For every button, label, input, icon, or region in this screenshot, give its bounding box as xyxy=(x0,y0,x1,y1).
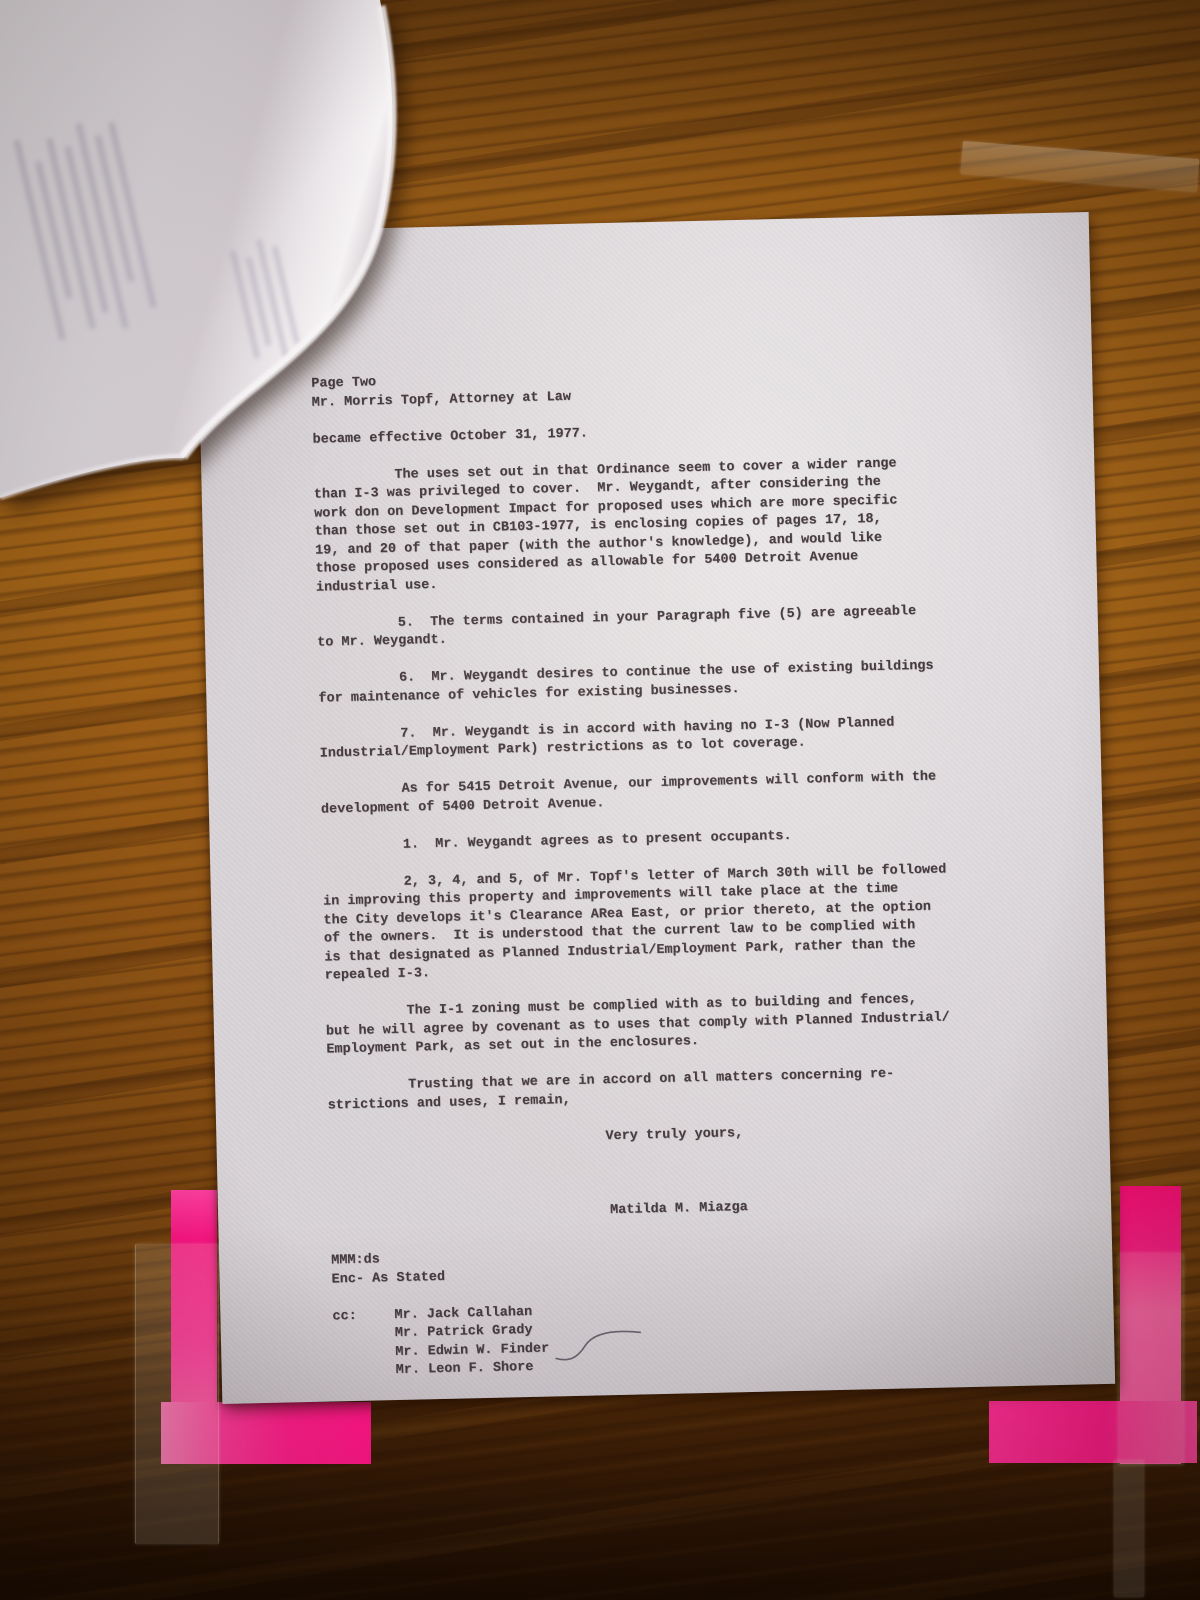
letter-body-paragraph: 6. Mr. Weygandt desires to continue the … xyxy=(318,656,1012,709)
letter-signature: Matilda M. Miazga xyxy=(330,1192,1023,1226)
letter-body-paragraph: Trusting that we are in accord on all ma… xyxy=(327,1063,1021,1116)
letter-body-paragraph: 2, 3, 4, and 5, of Mr. Topf's letter of … xyxy=(322,859,1017,986)
clear-tape-strip-bottom-right xyxy=(1118,1253,1184,1465)
letter-closing: Very truly yours, xyxy=(328,1118,1021,1152)
cc-block: cc: Mr. Jack Callahan Mr. Patrick Grady … xyxy=(332,1292,1027,1382)
letter-body-paragraph: The I-1 zoning must be complied with as … xyxy=(325,989,1019,1060)
clear-tape-strip-bottom-right-lower xyxy=(1114,1460,1144,1597)
letter-body-paragraph: 5. The terms contained in your Paragraph… xyxy=(317,600,1011,653)
cc-name: Mr. Leon F. Shore xyxy=(396,1359,550,1381)
reference-block: MMM:ds Enc- As Stated xyxy=(331,1237,1025,1290)
photo-of-letter-on-desk: Page Two Mr. Morris Topf, Attorney at La… xyxy=(0,0,1200,1600)
cc-names: Mr. Jack Callahan Mr. Patrick Grady Mr. … xyxy=(394,1303,550,1380)
clear-tape-strip-bottom-left xyxy=(135,1244,219,1544)
letter-body-paragraph: As for 5415 Detroit Avenue, our improvem… xyxy=(320,767,1014,820)
letter-body-paragraph: 7. Mr. Weygandt is in accord with having… xyxy=(319,711,1013,764)
curled-paper-sheet xyxy=(0,0,440,560)
letter-body-paragraph: 1. Mr. Weygandt agrees as to present occ… xyxy=(322,822,1015,856)
cc-label: cc: xyxy=(332,1307,396,1382)
pen-mark xyxy=(553,1324,646,1370)
